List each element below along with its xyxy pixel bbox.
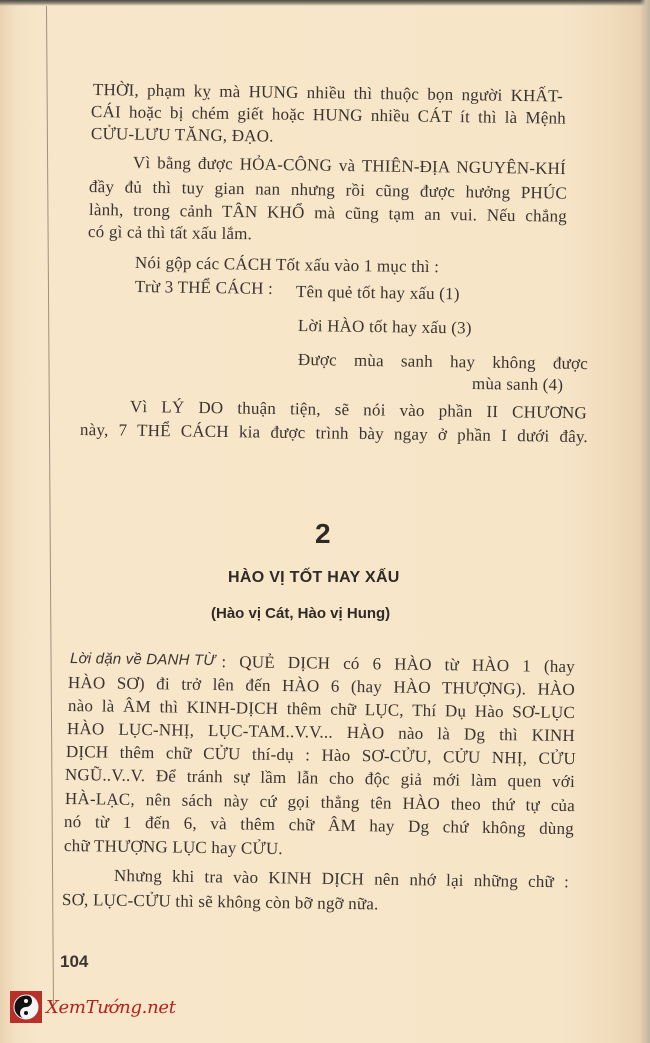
- note-line-7: HÀ-LẠC, nên sách này cứ gọi thẳng tên HÀ…: [65, 789, 575, 816]
- note-line-9: chữ THƯỢNG LỤC hay CỬU.: [64, 836, 283, 859]
- paragraph3-line-1: Vì LÝ DO thuận tiện, sẽ nói vào phần II …: [130, 397, 587, 423]
- yin-yang-icon: [10, 991, 42, 1023]
- page-top-shadow: [0, 0, 650, 6]
- note-line-1-text: : QUẺ DỊCH có 6 HÀO từ HÀO 1 (hay: [221, 652, 575, 677]
- page-number: 104: [60, 952, 88, 972]
- note-lead: Lời dặn về DANH TỪ: [70, 650, 216, 672]
- section-subtitle: (Hào vị Cát, Hào vị Hung): [211, 605, 390, 622]
- page-right-edge: [640, 0, 650, 1043]
- note-line-4: HÀO LỤC-NHỊ, LỤC-TAM..V.V... HÀO nào là …: [67, 719, 575, 746]
- watermark-text: XemTướng.net: [46, 997, 176, 1018]
- watermark: XemTướng.net: [10, 991, 176, 1023]
- note-line-5: DỊCH thêm chữ CỬU thí-dụ : Hào SƠ-CỬU, C…: [66, 742, 576, 769]
- note-line-3: nào là ÂM thì KINH-DỊCH thêm chữ LỤC, Th…: [68, 696, 575, 723]
- paragraph1-line-3: CỬU-LƯU TĂNG, ĐẠO.: [91, 124, 274, 147]
- note-line-2: HÀO SƠ) đi trở lên đến HÀO 6 (hay HÀO TH…: [68, 673, 575, 700]
- paragraph4-line-1: Nhưng khi tra vào KINH DỊCH nên nhớ lại …: [114, 866, 569, 892]
- summary-item-2: Lời HÀO tốt hay xấu (3): [298, 316, 472, 338]
- summary-item-1: Tên quẻ tốt hay xấu (1): [296, 282, 460, 304]
- note-line-1: Lời dặn về DANH TỪ : QUẺ DỊCH có 6 HÀO t…: [70, 650, 575, 677]
- summary-label: Trừ 3 THỂ CÁCH :: [135, 277, 273, 299]
- margin-line: [46, 6, 54, 1006]
- paragraph3-line-2: này, 7 THỂ CÁCH kia được trình bày ngay …: [80, 420, 588, 447]
- summary-item-4: mùa sanh (4): [472, 374, 563, 395]
- paragraph2-line-4: có gì cả thì tất xấu lắm.: [88, 222, 252, 244]
- paragraph2-line-1: Vì bằng được HỎA-CÔNG và THIÊN-ĐỊA NGUYÊ…: [133, 153, 566, 179]
- section-number: 2: [315, 518, 331, 550]
- paragraph2-line-2: đầy đủ thì tuy gian nan nhưng rồi cũng đ…: [89, 177, 567, 204]
- section-title: HÀO VỊ TỐT HAY XẤU: [228, 569, 400, 587]
- summary-intro: Nói gộp các CÁCH Tốt xấu vào 1 mục thì :: [135, 253, 439, 277]
- note-line-8: nó từ 1 đến 6, và thêm chữ ÂM hay Dg chứ…: [64, 812, 574, 839]
- paragraph4-line-2: SƠ, LỤC-CỬU thì sẽ không còn bỡ ngỡ nữa.: [62, 890, 379, 914]
- summary-item-3: Được mùa sanh hay không được: [298, 350, 588, 374]
- book-page: THỜI, phạm kỵ mà HUNG nhiều thì thuộc bọ…: [0, 0, 650, 1043]
- note-line-6: NGŨ..V..V. Để tránh sự lầm lẫn cho độc g…: [65, 765, 575, 792]
